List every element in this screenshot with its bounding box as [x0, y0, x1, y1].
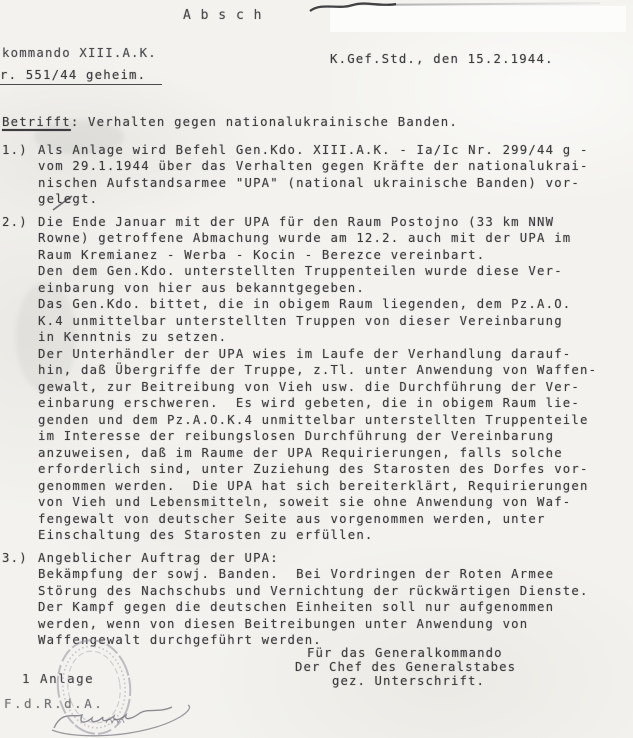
subject-text: : Verhalten gegen nationalukrainische Ba… [71, 115, 458, 129]
signature-line: Für das Generalkommando [307, 647, 516, 661]
unit-designation: kommando XIII.A.K. [2, 46, 157, 60]
item-text: Angeblicher Auftrag der UPA: Bekämpfung … [38, 550, 589, 649]
copy-heading: A b s c h [183, 8, 262, 23]
numbered-item-2: 2.) Die Ende Januar mit der UPA für den … [2, 214, 612, 544]
file-number: r. 551/44 geheim. [0, 68, 162, 85]
item-number: 2.) [2, 214, 38, 544]
signature-block: Für das Generalkommando Der Chef des Gen… [295, 647, 516, 688]
handwritten-signature [48, 701, 200, 738]
item-text: Die Ende Januar mit der UPA für den Raum… [38, 214, 597, 544]
subject-line: Betrifft: Verhalten gegen nationalukrain… [2, 114, 612, 131]
item-text: Als Anlage wird Befehl Gen.Kdo. XIII.A.K… [38, 142, 589, 208]
numbered-item-1: 1.) Als Anlage wird Befehl Gen.Kdo. XIII… [2, 142, 612, 208]
pen-stroke-artifact [308, 0, 400, 16]
item-number: 3.) [2, 550, 38, 649]
date-line: K.Gef.Std., den 15.2.1944. [330, 52, 554, 66]
numbered-item-3: 3.) Angeblicher Auftrag der UPA: Bekämpf… [2, 550, 612, 649]
subject-label: Betrifft [2, 115, 71, 129]
signature-line: gez. Unterschrift. [332, 675, 516, 689]
document-page: A b s c h kommando XIII.A.K. r. 551/44 g… [0, 0, 633, 738]
signature-line: Der Chef des Generalstabes [295, 661, 516, 675]
item-number: 1.) [2, 142, 38, 208]
document-body: Betrifft: Verhalten gegen nationalukrain… [2, 114, 612, 649]
